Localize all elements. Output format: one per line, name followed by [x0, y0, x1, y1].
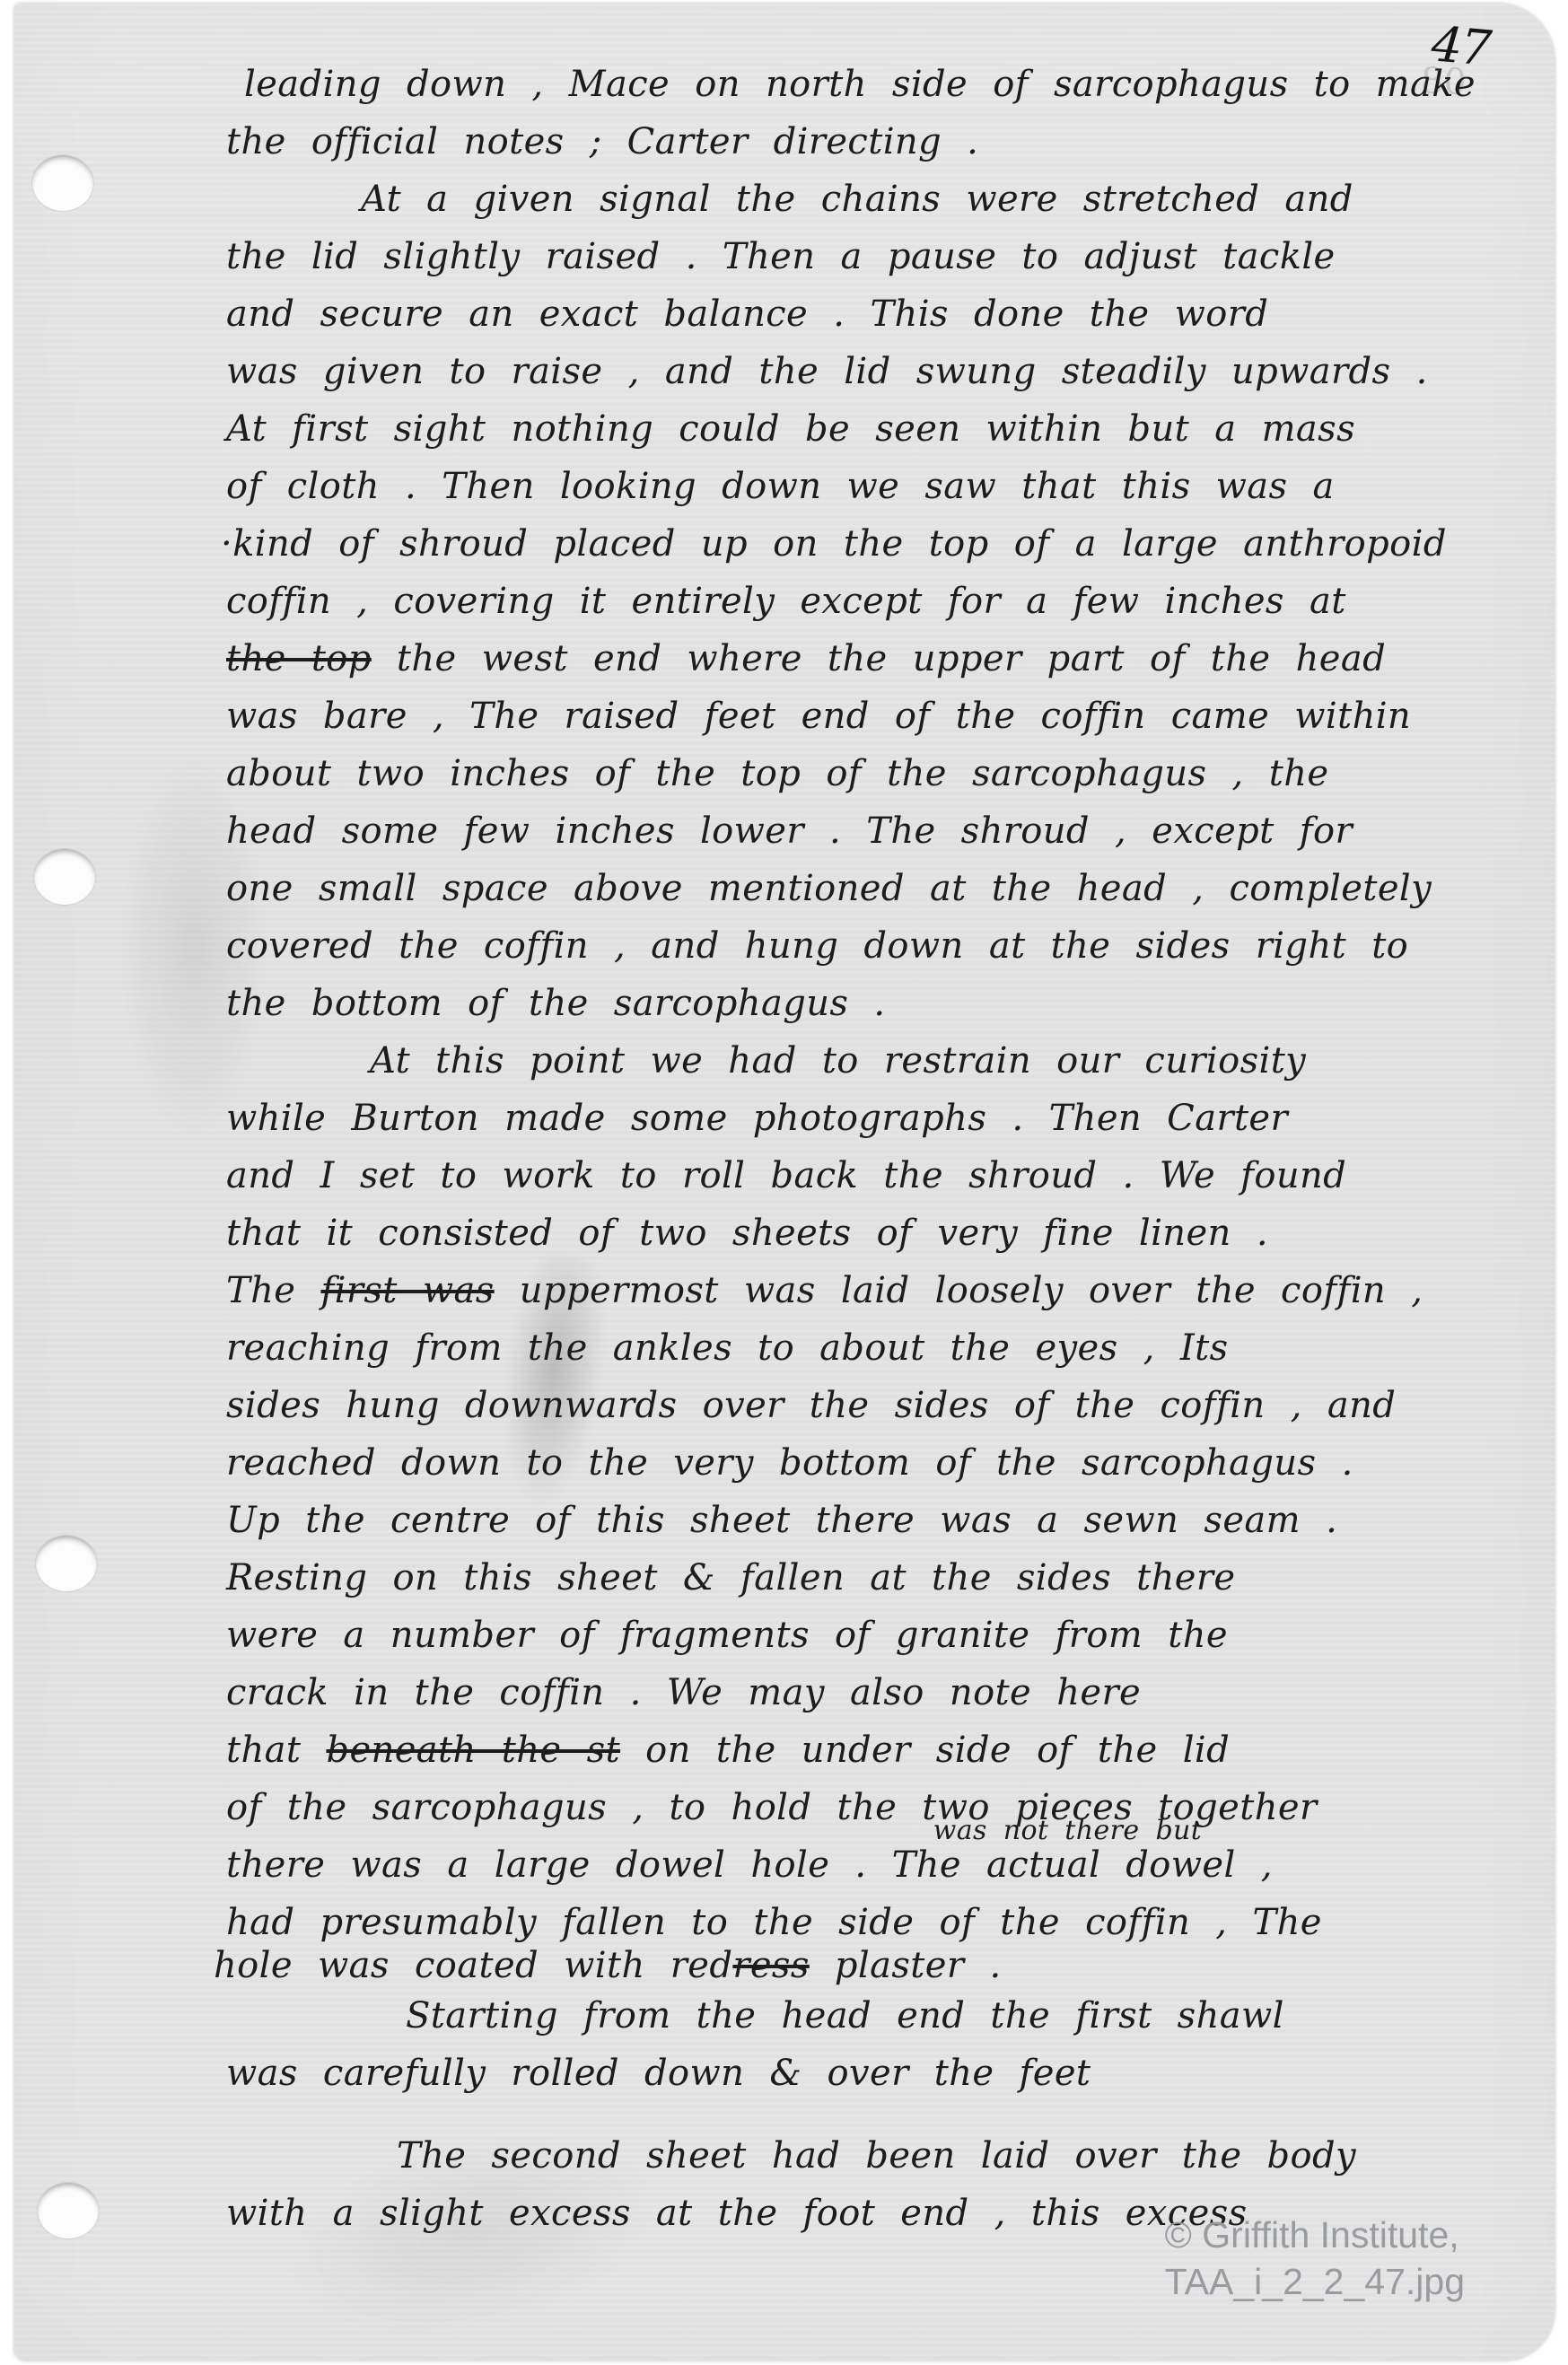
manuscript-line: of cloth . Then looking down we saw that…	[226, 458, 1479, 515]
manuscript-line: crack in the coffin . We may also note h…	[226, 1664, 1479, 1721]
handwritten-text-block: leading down , Mace on north side of sar…	[226, 56, 1479, 2242]
manuscript-line: was bare , The raised feet end of the co…	[226, 688, 1479, 745]
manuscript-text-segment: At first sight nothing could be seen wit…	[226, 408, 1355, 450]
scanned-manuscript-page: 47 80 leading down , Mace on north side …	[14, 4, 1555, 2361]
manuscript-line: the lid slightly raised . Then a pause t…	[226, 228, 1479, 285]
strikethrough-text: first was	[320, 1270, 494, 1311]
manuscript-text-segment: that it consisted of two sheets of very …	[226, 1213, 1268, 1254]
manuscript-text-segment: ·kind of shroud placed up on the top of …	[221, 523, 1447, 565]
manuscript-text-segment: The actual dowel ,was not there but	[892, 1844, 1273, 1886]
manuscript-line: while Burton made some photographs . The…	[226, 1090, 1479, 1147]
manuscript-line: At a given signal the chains were stretc…	[361, 171, 1479, 228]
manuscript-line: Starting from the head end the first sha…	[406, 1987, 1479, 2045]
manuscript-text-segment: the lid slightly raised . Then a pause t…	[226, 236, 1336, 277]
manuscript-line: that beneath the st on the under side of…	[226, 1721, 1479, 1779]
manuscript-line: The second sheet had been laid over the …	[397, 2127, 1479, 2185]
manuscript-text-segment: on the under side of the lid	[620, 1730, 1230, 1771]
manuscript-line: At this point we had to restrain our cur…	[370, 1032, 1479, 1090]
manuscript-text-segment: At this point we had to restrain our cur…	[370, 1040, 1306, 1082]
manuscript-text-segment: were a number of fragments of granite fr…	[226, 1615, 1228, 1656]
punch-hole	[36, 1536, 97, 1591]
manuscript-text-segment: uppermost was laid loosely over the coff…	[495, 1270, 1423, 1311]
manuscript-text-segment: there was a large dowel hole .	[226, 1844, 892, 1886]
manuscript-line: ·kind of shroud placed up on the top of …	[221, 515, 1479, 573]
manuscript-text-segment: plaster .	[810, 1945, 1002, 1986]
manuscript-text-segment: Up the centre of this sheet there was a …	[226, 1500, 1337, 1541]
manuscript-line: coffin , covering it entirely except for…	[226, 573, 1479, 630]
manuscript-line: hole was coated with redress plaster .	[214, 1937, 1479, 1987]
manuscript-line: head some few inches lower . The shroud …	[226, 802, 1479, 860]
manuscript-text-segment: one small space above mentioned at the h…	[226, 868, 1432, 909]
manuscript-text-segment: Resting on this sheet & fallen at the si…	[226, 1557, 1235, 1599]
strikethrough-text: beneath the st	[326, 1730, 620, 1771]
manuscript-text-segment: head some few inches lower . The shroud …	[226, 810, 1353, 852]
manuscript-text-segment: of cloth . Then looking down we saw that…	[226, 466, 1335, 507]
manuscript-text-segment: covered the coffin , and hung down at th…	[226, 925, 1408, 967]
manuscript-line: reached down to the very bottom of the s…	[226, 1434, 1479, 1492]
manuscript-line: Resting on this sheet & fallen at the si…	[226, 1549, 1479, 1607]
manuscript-text-segment: that	[226, 1730, 326, 1771]
manuscript-line: reaching from the ankles to about the ey…	[226, 1319, 1479, 1377]
manuscript-line: and secure an exact balance . This done …	[226, 285, 1479, 343]
manuscript-line: the official notes ; Carter directing .	[226, 113, 1479, 171]
manuscript-text-segment: the bottom of the sarcophagus .	[226, 983, 886, 1024]
manuscript-line: the bottom of the sarcophagus .	[226, 975, 1479, 1032]
manuscript-text-segment: while Burton made some photographs . The…	[226, 1098, 1288, 1139]
manuscript-line: The first was uppermost was laid loosely…	[226, 1262, 1479, 1319]
punch-hole	[32, 155, 93, 211]
manuscript-line: At first sight nothing could be seen wit…	[226, 400, 1479, 458]
manuscript-line: there was a large dowel hole . The actua…	[226, 1836, 1479, 1894]
manuscript-text-segment: the official notes ; Carter directing .	[226, 121, 978, 162]
manuscript-line: that it consisted of two sheets of very …	[226, 1204, 1479, 1262]
watermark-line1: © Griffith Institute,	[1165, 2212, 1465, 2258]
manuscript-text-segment: leading down , Mace on north side of sar…	[244, 64, 1476, 105]
strikethrough-text: ress	[732, 1945, 809, 1986]
manuscript-text-segment: Starting from the head end the first sha…	[406, 1995, 1284, 2037]
manuscript-text-segment: was bare , The raised feet end of the co…	[226, 696, 1411, 737]
manuscript-text-segment: about two inches of the top of the sarco…	[226, 753, 1329, 794]
manuscript-text-segment: hole was coated with red	[214, 1945, 732, 1986]
copyright-watermark: © Griffith Institute, TAA_i_2_2_47.jpg	[1165, 2212, 1465, 2305]
punch-hole	[38, 2183, 99, 2238]
manuscript-line: were a number of fragments of granite fr…	[226, 1607, 1479, 1664]
manuscript-line: Up the centre of this sheet there was a …	[226, 1492, 1479, 1549]
manuscript-text-segment: The second sheet had been laid over the …	[397, 2135, 1356, 2177]
manuscript-text-segment: was given to raise , and the lid swung s…	[226, 351, 1428, 392]
punch-hole	[34, 849, 95, 905]
manuscript-line: the top the west end where the upper par…	[226, 630, 1479, 688]
manuscript-text-segment: reached down to the very bottom of the s…	[226, 1442, 1353, 1484]
manuscript-line: and I set to work to roll back the shrou…	[226, 1147, 1479, 1204]
manuscript-text-segment: sides hung downwards over the sides of t…	[226, 1385, 1396, 1426]
manuscript-text-segment: the west end where the upper part of the…	[372, 638, 1386, 679]
manuscript-text-segment: The	[226, 1270, 320, 1311]
manuscript-text-segment: coffin , covering it entirely except for…	[226, 581, 1346, 622]
strikethrough-text: the top	[226, 638, 372, 679]
manuscript-line: leading down , Mace on north side of sar…	[244, 56, 1479, 113]
manuscript-line: was carefully rolled down & over the fee…	[226, 2045, 1479, 2102]
manuscript-line: was given to raise , and the lid swung s…	[226, 343, 1479, 400]
manuscript-text-segment: with a slight excess at the foot end , t…	[226, 2193, 1248, 2234]
manuscript-line: one small space above mentioned at the h…	[226, 860, 1479, 917]
manuscript-text-segment: crack in the coffin . We may also note h…	[226, 1672, 1141, 1713]
manuscript-line: about two inches of the top of the sarco…	[226, 745, 1479, 802]
manuscript-line: sides hung downwards over the sides of t…	[226, 1377, 1479, 1434]
manuscript-text-segment: At a given signal the chains were stretc…	[361, 179, 1353, 220]
interlinear-insertion: was not there but	[933, 1818, 1203, 1844]
watermark-line2: TAA_i_2_2_47.jpg	[1165, 2258, 1465, 2305]
manuscript-text-segment: was carefully rolled down & over the fee…	[226, 2053, 1091, 2094]
manuscript-line: covered the coffin , and hung down at th…	[226, 917, 1479, 975]
manuscript-text-segment: and secure an exact balance . This done …	[226, 293, 1268, 335]
manuscript-text-segment: and I set to work to roll back the shrou…	[226, 1155, 1346, 1196]
manuscript-line: of the sarcophagus , to hold the two pie…	[226, 1779, 1479, 1836]
manuscript-text-segment: reaching from the ankles to about the ey…	[226, 1327, 1229, 1369]
